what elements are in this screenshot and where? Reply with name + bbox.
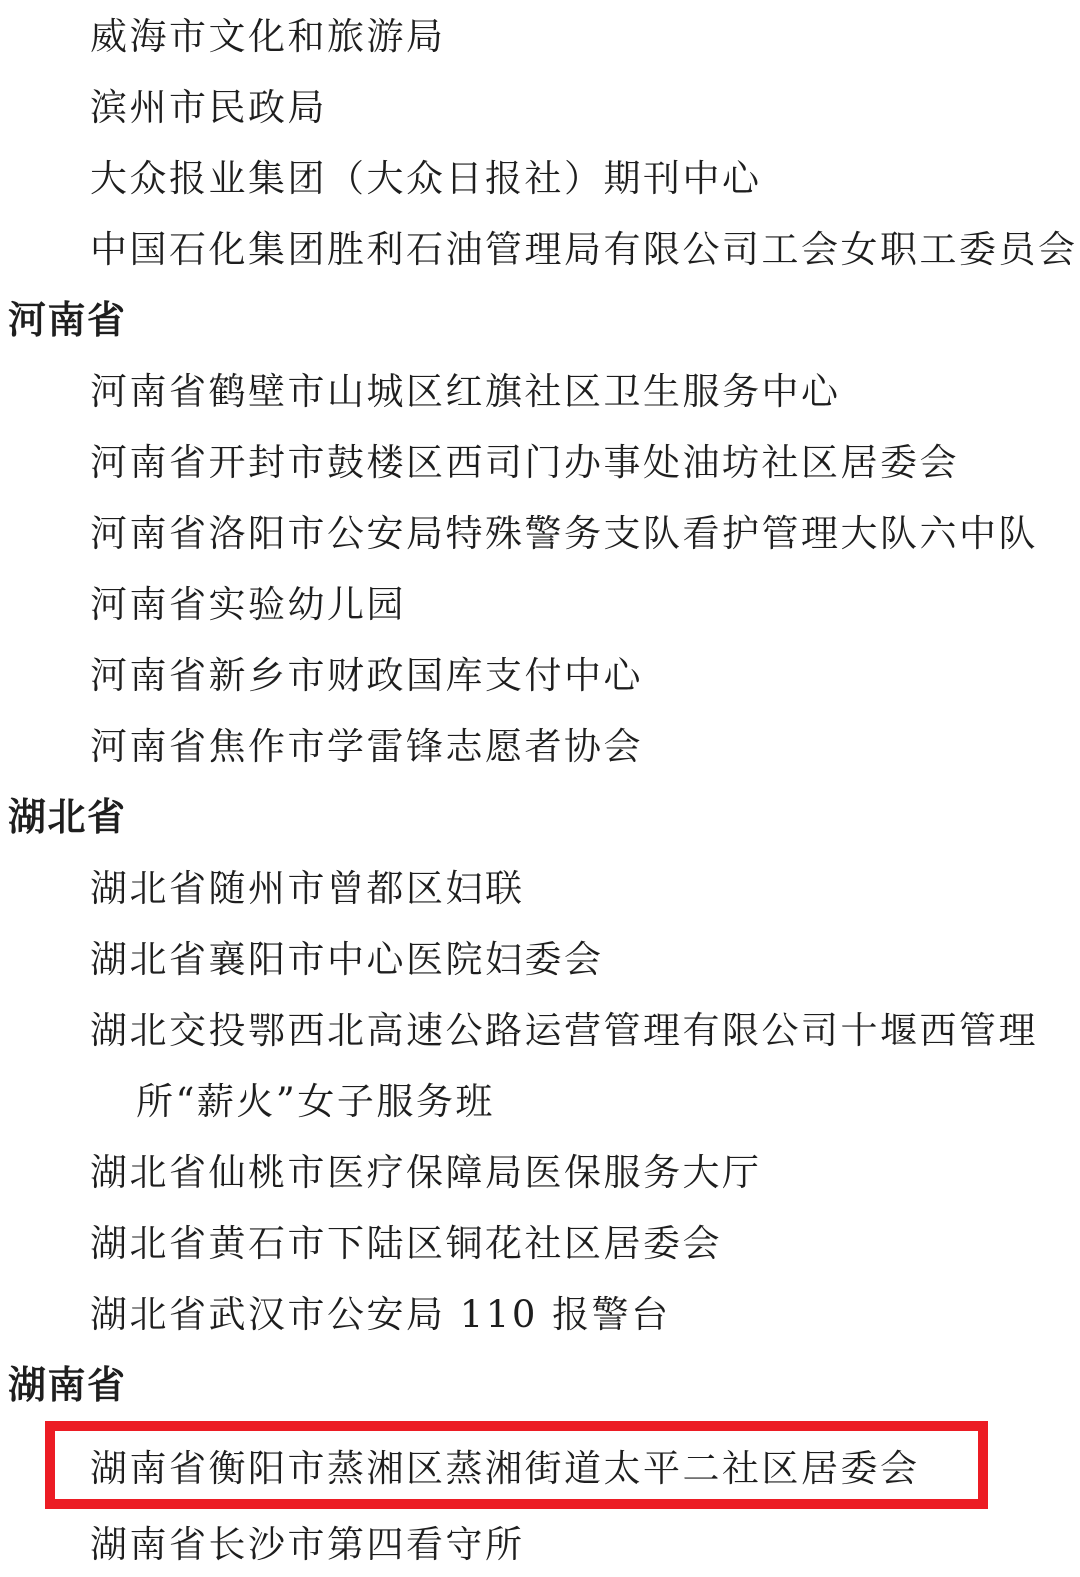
org-list-item: 河南省开封市鼓楼区西司门办事处油坊社区居委会 <box>0 427 1080 498</box>
highlight-box: 湖南省衡阳市蒸湘区蒸湘街道太平二社区居委会 <box>45 1421 988 1509</box>
org-list-item: 湖北省仙桃市医疗保障局医保服务大厅 <box>0 1137 1080 1208</box>
org-list-item: 河南省鹤壁市山城区红旗社区卫生服务中心 <box>0 356 1080 427</box>
org-list-item-continuation: 所“薪火”女子服务班 <box>0 1066 1080 1137</box>
org-list-item: 中国石化集团胜利石油管理局有限公司工会女职工委员会 <box>0 214 1080 285</box>
province-section-header-hubei: 湖北省 <box>0 782 1080 853</box>
org-list-item: 湖北省武汉市公安局 110 报警台 <box>0 1279 1080 1350</box>
org-list-item: 河南省焦作市学雷锋志愿者协会 <box>0 711 1080 782</box>
org-list-item: 大众报业集团（大众日报社）期刊中心 <box>0 143 1080 214</box>
org-list-item: 威海市文化和旅游局 <box>0 1 1080 72</box>
org-list-item: 湖北省黄石市下陆区铜花社区居委会 <box>0 1208 1080 1279</box>
org-list-item: 河南省洛阳市公安局特殊警务支队看护管理大队六中队 <box>0 498 1080 569</box>
org-list-item: 湖北省襄阳市中心医院妇委会 <box>0 924 1080 995</box>
org-list-item: 湖北交投鄂西北高速公路运营管理有限公司十堰西管理 <box>0 995 1080 1066</box>
org-list-item: 湖南省长沙市第四看守所 <box>0 1509 1080 1577</box>
org-list-item: 滨州市民政局 <box>0 72 1080 143</box>
org-list-item: 河南省实验幼儿园 <box>0 569 1080 640</box>
org-list-item: 湖北省随州市曾都区妇联 <box>0 853 1080 924</box>
document-page: 威海市文化和旅游局 滨州市民政局 大众报业集团（大众日报社）期刊中心 中国石化集… <box>0 0 1080 1577</box>
org-list-item: 河南省新乡市财政国库支付中心 <box>0 640 1080 711</box>
highlighted-org-item: 湖南省衡阳市蒸湘区蒸湘街道太平二社区居委会 <box>55 1438 920 1492</box>
province-section-header-henan: 河南省 <box>0 285 1080 356</box>
province-section-header-hunan: 湖南省 <box>0 1350 1080 1421</box>
